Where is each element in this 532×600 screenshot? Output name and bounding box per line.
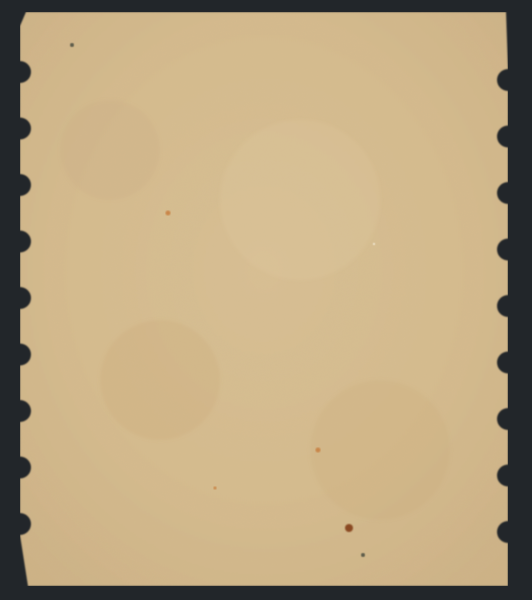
stamp-paper [20, 12, 508, 586]
stamp-back [0, 0, 532, 600]
